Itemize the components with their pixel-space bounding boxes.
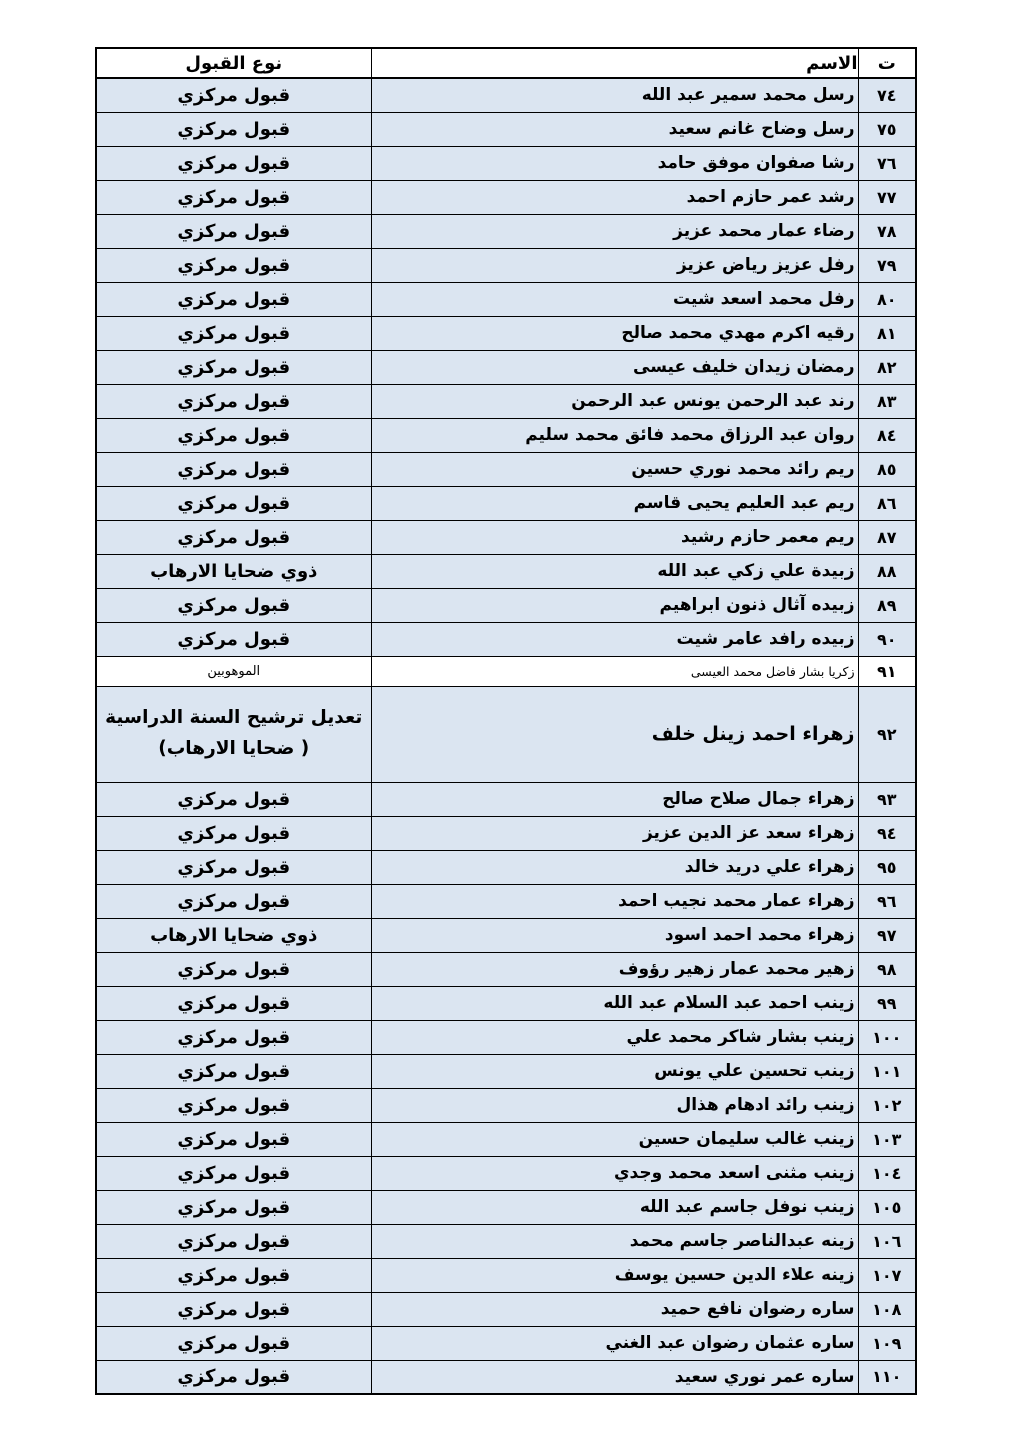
row-number-cell: ٩٥ (858, 850, 916, 884)
admission-type-cell: قبول مركزي (96, 112, 371, 146)
student-name-cell: ريم رائد محمد نوري حسين (371, 452, 858, 486)
table-row: ١٠٨ساره رضوان نافع حميدقبول مركزي (96, 1292, 916, 1326)
student-name-cell: ساره عمر نوري سعيد (371, 1360, 858, 1394)
table-row: ٨٥ريم رائد محمد نوري حسينقبول مركزي (96, 452, 916, 486)
student-name-cell: زهراء جمال صلاح صالح (371, 782, 858, 816)
admission-type-cell: قبول مركزي (96, 520, 371, 554)
student-name-cell: ريم عبد العليم يحيى قاسم (371, 486, 858, 520)
row-number-cell: ٩٢ (858, 686, 916, 782)
admission-type-cell: ذوي ضحايا الارهاب (96, 554, 371, 588)
student-name-cell: زينب تحسين علي يونس (371, 1054, 858, 1088)
admission-type-cell: قبول مركزي (96, 418, 371, 452)
table-row: ٩٧زهراء محمد احمد اسودذوي ضحايا الارهاب (96, 918, 916, 952)
table-row: ١٠٧زينه علاء الدين حسين يوسفقبول مركزي (96, 1258, 916, 1292)
row-number-cell: ١٠٢ (858, 1088, 916, 1122)
row-number-cell: ٨٣ (858, 384, 916, 418)
student-name-cell: رضاء عمار محمد عزيز (371, 214, 858, 248)
admission-type-cell: قبول مركزي (96, 316, 371, 350)
row-number-cell: ٨٦ (858, 486, 916, 520)
table-row: ٨٠رفل محمد اسعد شيتقبول مركزي (96, 282, 916, 316)
admission-type-cell: قبول مركزي (96, 180, 371, 214)
row-number-cell: ٨١ (858, 316, 916, 350)
student-name-cell: زهراء احمد زينل خلف (371, 686, 858, 782)
student-name-cell: زينب مثنى اسعد محمد وجدي (371, 1156, 858, 1190)
row-number-cell: ٨٠ (858, 282, 916, 316)
admission-type-cell: قبول مركزي (96, 1258, 371, 1292)
admission-type-cell: قبول مركزي (96, 884, 371, 918)
admission-type-cell: قبول مركزي (96, 1360, 371, 1394)
table-row: ٩٩زينب احمد عبد السلام عبد اللهقبول مركز… (96, 986, 916, 1020)
admission-list-table: ت الاسم نوع القبول ٧٤رسل محمد سمير عبد ا… (95, 47, 917, 1395)
admission-type-cell: قبول مركزي (96, 1088, 371, 1122)
student-name-cell: زبيده رافد عامر شيت (371, 622, 858, 656)
admission-type-cell: قبول مركزي (96, 1054, 371, 1088)
student-name-cell: زينب نوفل جاسم عبد الله (371, 1190, 858, 1224)
student-name-cell: زينب بشار شاكر محمد علي (371, 1020, 858, 1054)
admission-type-cell: قبول مركزي (96, 782, 371, 816)
table-row: ٩٨زهير محمد عمار زهير رؤوفقبول مركزي (96, 952, 916, 986)
admission-type-cell: قبول مركزي (96, 1224, 371, 1258)
table-row: ٧٥رسل وضاح غانم سعيدقبول مركزي (96, 112, 916, 146)
admission-type-line2: ( ضحايا الارهاب) (97, 734, 371, 765)
student-name-cell: زهراء محمد احمد اسود (371, 918, 858, 952)
table-row: ٧٧رشد عمر حازم احمدقبول مركزي (96, 180, 916, 214)
admission-type-cell: قبول مركزي (96, 1156, 371, 1190)
row-number-cell: ٩٦ (858, 884, 916, 918)
admission-type-cell: قبول مركزي (96, 1020, 371, 1054)
student-name-cell: زينه علاء الدين حسين يوسف (371, 1258, 858, 1292)
table-row: ٩٤زهراء سعد عز الدين عزيزقبول مركزي (96, 816, 916, 850)
table-row: ١٠٠زينب بشار شاكر محمد عليقبول مركزي (96, 1020, 916, 1054)
admission-type-cell: تعديل ترشيح السنة الدراسية( ضحايا الارها… (96, 686, 371, 782)
row-number-cell: ١١٠ (858, 1360, 916, 1394)
admission-type-cell: قبول مركزي (96, 850, 371, 884)
admission-type-cell: قبول مركزي (96, 1122, 371, 1156)
row-number-cell: ٩٤ (858, 816, 916, 850)
row-number-cell: ٨٩ (858, 588, 916, 622)
table-body: ٧٤رسل محمد سمير عبد اللهقبول مركزي٧٥رسل … (96, 78, 916, 1394)
table-row: ٨١رقيه اكرم مهدي محمد صالحقبول مركزي (96, 316, 916, 350)
table-row: ٨٣رند عبد الرحمن يونس عبد الرحمنقبول مرك… (96, 384, 916, 418)
table-row: ١١٠ساره عمر نوري سعيدقبول مركزي (96, 1360, 916, 1394)
row-number-cell: ١٠٧ (858, 1258, 916, 1292)
row-number-cell: ٧٨ (858, 214, 916, 248)
table-row: ٧٨رضاء عمار محمد عزيزقبول مركزي (96, 214, 916, 248)
admission-type-cell: قبول مركزي (96, 816, 371, 850)
table-row: ١٠٥زينب نوفل جاسم عبد اللهقبول مركزي (96, 1190, 916, 1224)
row-number-cell: ٨٤ (858, 418, 916, 452)
student-name-cell: رند عبد الرحمن يونس عبد الرحمن (371, 384, 858, 418)
student-name-cell: رقيه اكرم مهدي محمد صالح (371, 316, 858, 350)
table-row: ٨٧ريم معمر حازم رشيدقبول مركزي (96, 520, 916, 554)
row-number-cell: ٩٩ (858, 986, 916, 1020)
row-number-cell: ٧٥ (858, 112, 916, 146)
admission-type-cell: قبول مركزي (96, 1292, 371, 1326)
student-name-cell: زينب رائد ادهام هذال (371, 1088, 858, 1122)
student-name-cell: زهراء عمار محمد نجيب احمد (371, 884, 858, 918)
row-number-cell: ١٠٨ (858, 1292, 916, 1326)
admission-type-cell: قبول مركزي (96, 248, 371, 282)
student-name-cell: رشد عمر حازم احمد (371, 180, 858, 214)
student-name-cell: رمضان زيدان خليف عيسى (371, 350, 858, 384)
student-name-cell: زبيدة علي زكي عبد الله (371, 554, 858, 588)
column-header-admission-type: نوع القبول (96, 48, 371, 78)
table-row: ٨٩زبيده آثال ذنون ابراهيمقبول مركزي (96, 588, 916, 622)
student-name-cell: رفل عزيز رياض عزيز (371, 248, 858, 282)
student-name-cell: زهراء علي دريد خالد (371, 850, 858, 884)
row-number-cell: ٨٥ (858, 452, 916, 486)
admission-type-cell: قبول مركزي (96, 214, 371, 248)
row-number-cell: ٨٢ (858, 350, 916, 384)
table-row: ٩٢زهراء احمد زينل خلفتعديل ترشيح السنة ا… (96, 686, 916, 782)
student-name-cell: ريم معمر حازم رشيد (371, 520, 858, 554)
admission-type-cell: قبول مركزي (96, 1326, 371, 1360)
admission-type-cell: قبول مركزي (96, 384, 371, 418)
table-row: ٨٦ريم عبد العليم يحيى قاسمقبول مركزي (96, 486, 916, 520)
student-name-cell: روان عبد الرزاق محمد فائق محمد سليم (371, 418, 858, 452)
student-name-cell: زهير محمد عمار زهير رؤوف (371, 952, 858, 986)
admission-type-cell: الموهوبين (96, 656, 371, 686)
row-number-cell: ١٠٥ (858, 1190, 916, 1224)
student-name-cell: ساره رضوان نافع حميد (371, 1292, 858, 1326)
student-name-cell: رسل محمد سمير عبد الله (371, 78, 858, 112)
table-row: ٧٩رفل عزيز رياض عزيزقبول مركزي (96, 248, 916, 282)
admission-type-cell: قبول مركزي (96, 1190, 371, 1224)
admission-type-cell: قبول مركزي (96, 350, 371, 384)
student-name-cell: زهراء سعد عز الدين عزيز (371, 816, 858, 850)
admission-type-cell: قبول مركزي (96, 282, 371, 316)
student-name-cell: رفل محمد اسعد شيت (371, 282, 858, 316)
row-number-cell: ٩٠ (858, 622, 916, 656)
student-name-cell: زينه عبدالناصر جاسم محمد (371, 1224, 858, 1258)
table-row: ١٠٤زينب مثنى اسعد محمد وجديقبول مركزي (96, 1156, 916, 1190)
row-number-cell: ١٠٠ (858, 1020, 916, 1054)
admission-type-cell: قبول مركزي (96, 486, 371, 520)
row-number-cell: ٨٧ (858, 520, 916, 554)
row-number-cell: ٧٧ (858, 180, 916, 214)
row-number-cell: ٩٧ (858, 918, 916, 952)
student-name-cell: رشا صفوان موفق حامد (371, 146, 858, 180)
student-name-cell: زكريا بشار فاضل محمد العيسى (371, 656, 858, 686)
table-row: ٨٢رمضان زيدان خليف عيسىقبول مركزي (96, 350, 916, 384)
admission-type-cell: قبول مركزي (96, 622, 371, 656)
student-name-cell: ساره عثمان رضوان عبد الغني (371, 1326, 858, 1360)
row-number-cell: ١٠٣ (858, 1122, 916, 1156)
table-row: ٩٠زبيده رافد عامر شيتقبول مركزي (96, 622, 916, 656)
row-number-cell: ١٠١ (858, 1054, 916, 1088)
row-number-cell: ١٠٩ (858, 1326, 916, 1360)
admission-type-cell: قبول مركزي (96, 588, 371, 622)
table-row: ٩١زكريا بشار فاضل محمد العيسىالموهوبين (96, 656, 916, 686)
table-row: ١٠٢زينب رائد ادهام هذالقبول مركزي (96, 1088, 916, 1122)
table-row: ٩٣زهراء جمال صلاح صالحقبول مركزي (96, 782, 916, 816)
table-row: ٩٥زهراء علي دريد خالدقبول مركزي (96, 850, 916, 884)
admission-type-cell: قبول مركزي (96, 986, 371, 1020)
row-number-cell: ٩٨ (858, 952, 916, 986)
row-number-cell: ٧٦ (858, 146, 916, 180)
table-row: ١٠٦زينه عبدالناصر جاسم محمدقبول مركزي (96, 1224, 916, 1258)
admission-type-cell: قبول مركزي (96, 146, 371, 180)
table-row: ١٠١زينب تحسين علي يونسقبول مركزي (96, 1054, 916, 1088)
table-row: ١٠٣زينب غالب سليمان حسينقبول مركزي (96, 1122, 916, 1156)
table-row: ٨٨زبيدة علي زكي عبد اللهذوي ضحايا الارها… (96, 554, 916, 588)
row-number-cell: ٧٤ (858, 78, 916, 112)
document-page: ت الاسم نوع القبول ٧٤رسل محمد سمير عبد ا… (0, 0, 1024, 1448)
table-row: ٧٦رشا صفوان موفق حامدقبول مركزي (96, 146, 916, 180)
admission-type-cell: ذوي ضحايا الارهاب (96, 918, 371, 952)
column-header-number: ت (858, 48, 916, 78)
row-number-cell: ١٠٦ (858, 1224, 916, 1258)
row-number-cell: ٨٨ (858, 554, 916, 588)
student-name-cell: زينب غالب سليمان حسين (371, 1122, 858, 1156)
table-row: ١٠٩ساره عثمان رضوان عبد الغنيقبول مركزي (96, 1326, 916, 1360)
admission-type-line1: تعديل ترشيح السنة الدراسية (97, 703, 371, 734)
student-name-cell: رسل وضاح غانم سعيد (371, 112, 858, 146)
admission-type-cell: قبول مركزي (96, 78, 371, 112)
row-number-cell: ٩١ (858, 656, 916, 686)
table-row: ٩٦زهراء عمار محمد نجيب احمدقبول مركزي (96, 884, 916, 918)
table-row: ٧٤رسل محمد سمير عبد اللهقبول مركزي (96, 78, 916, 112)
student-name-cell: زينب احمد عبد السلام عبد الله (371, 986, 858, 1020)
row-number-cell: ٧٩ (858, 248, 916, 282)
column-header-name: الاسم (371, 48, 858, 78)
row-number-cell: ١٠٤ (858, 1156, 916, 1190)
row-number-cell: ٩٣ (858, 782, 916, 816)
admission-type-cell: قبول مركزي (96, 452, 371, 486)
admission-type-cell: قبول مركزي (96, 952, 371, 986)
student-name-cell: زبيده آثال ذنون ابراهيم (371, 588, 858, 622)
table-row: ٨٤روان عبد الرزاق محمد فائق محمد سليمقبو… (96, 418, 916, 452)
table-header-row: ت الاسم نوع القبول (96, 48, 916, 78)
